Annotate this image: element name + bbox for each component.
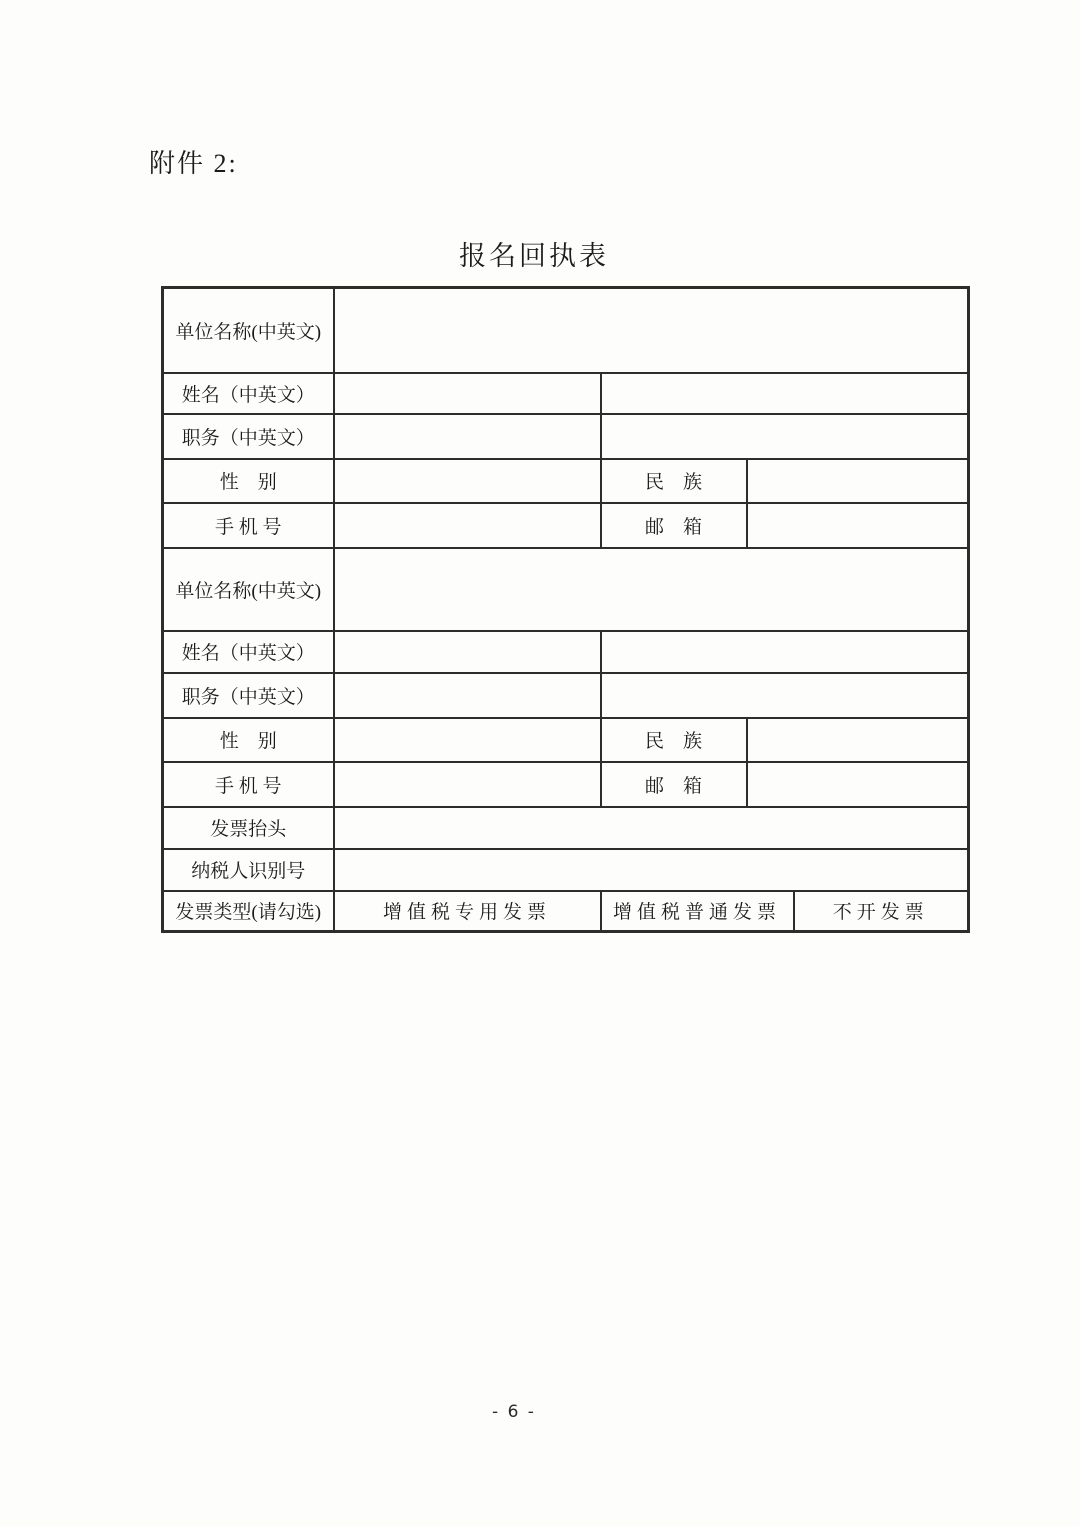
gender-field-1 — [334, 459, 601, 503]
position-label-2: 职务（中英文） — [163, 673, 334, 718]
unit-name-field-2 — [334, 548, 969, 631]
position-field-1 — [334, 414, 601, 459]
ethnicity-field-2 — [747, 718, 969, 762]
position-label-1: 职务（中英文） — [163, 414, 334, 459]
invoice-header-field — [334, 807, 969, 849]
name-label-1: 姓名（中英文） — [163, 373, 334, 414]
ethnicity-field-1 — [747, 459, 969, 503]
name-label-2: 姓名（中英文） — [163, 631, 334, 673]
mobile-field-2 — [334, 762, 601, 807]
position-field-1b — [601, 414, 969, 459]
ethnicity-label-2: 民 族 — [601, 718, 747, 762]
table-row: 姓名（中英文） — [163, 631, 969, 673]
unit-name-label-1: 单位名称(中英文) — [163, 288, 334, 373]
table-row: 性 别 民 族 — [163, 459, 969, 503]
table-row: 性 别 民 族 — [163, 718, 969, 762]
name-field-2 — [334, 631, 601, 673]
unit-name-label-2: 单位名称(中英文) — [163, 548, 334, 631]
table-row: 单位名称(中英文) — [163, 288, 969, 373]
taxpayer-id-label: 纳税人识别号 — [163, 849, 334, 891]
email-label-1: 邮 箱 — [601, 503, 747, 548]
table-row: 单位名称(中英文) — [163, 548, 969, 631]
mobile-label-1: 手 机 号 — [163, 503, 334, 548]
name-field-2b — [601, 631, 969, 673]
invoice-option-none: 不开发票 — [794, 891, 969, 932]
ethnicity-label-1: 民 族 — [601, 459, 747, 503]
attachment-label: 附件 2: — [149, 143, 238, 180]
unit-name-field-1 — [334, 288, 969, 373]
page-title: 报名回执表 — [0, 234, 1068, 273]
position-field-2 — [334, 673, 601, 718]
email-field-1 — [747, 503, 969, 548]
page-number: - 6 - — [0, 1402, 1054, 1422]
gender-label-2: 性 别 — [163, 718, 334, 762]
invoice-option-special-vat: 增值税专用发票 — [334, 891, 601, 932]
name-field-1b — [601, 373, 969, 414]
invoice-type-label: 发票类型(请勾选) — [163, 891, 334, 932]
mobile-label-2: 手 机 号 — [163, 762, 334, 807]
table-row: 发票类型(请勾选) 增值税专用发票 增值税普通发票 不开发票 — [163, 891, 969, 932]
position-field-2b — [601, 673, 969, 718]
table-row: 职务（中英文） — [163, 673, 969, 718]
table-row: 职务（中英文） — [163, 414, 969, 459]
document-page: 附件 2: 报名回执表 单位名称(中英文) 姓名（中英文） 职务（中英文） 性 … — [0, 0, 1080, 1527]
gender-label-1: 性 别 — [163, 459, 334, 503]
gender-field-2 — [334, 718, 601, 762]
table-row: 纳税人识别号 — [163, 849, 969, 891]
name-field-1 — [334, 373, 601, 414]
table-row: 手 机 号 邮 箱 — [163, 762, 969, 807]
table-row: 发票抬头 — [163, 807, 969, 849]
table-row: 手 机 号 邮 箱 — [163, 503, 969, 548]
taxpayer-id-field — [334, 849, 969, 891]
table-row: 姓名（中英文） — [163, 373, 969, 414]
registration-form-table: 单位名称(中英文) 姓名（中英文） 职务（中英文） 性 别 民 族 手 机 号 … — [161, 286, 970, 933]
mobile-field-1 — [334, 503, 601, 548]
invoice-option-ordinary-vat: 增值税普通发票 — [601, 891, 794, 932]
email-label-2: 邮 箱 — [601, 762, 747, 807]
invoice-header-label: 发票抬头 — [163, 807, 334, 849]
email-field-2 — [747, 762, 969, 807]
